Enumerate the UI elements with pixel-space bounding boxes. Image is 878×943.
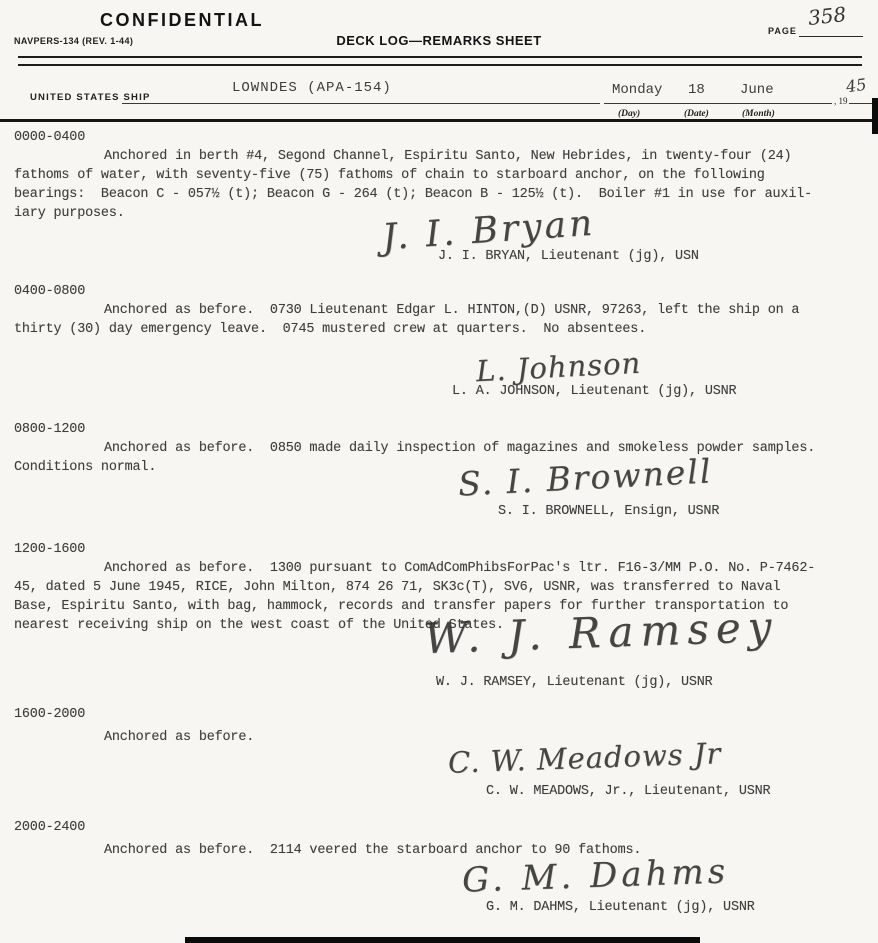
log-entry: 0800-1200 Anchored as before. 0850 made … bbox=[0, 420, 878, 477]
entry-time-heading: 1600-2000 bbox=[14, 705, 878, 724]
entry-text-line: Anchored as before. 1300 pursuant to Com… bbox=[14, 559, 878, 578]
entry-text: Anchored as before. bbox=[14, 728, 878, 747]
log-entry: 0400-0800 Anchored as before. 0730 Lieut… bbox=[0, 282, 878, 339]
signature-typed: J. I. BRYAN, Lieutenant (jg), USN bbox=[438, 247, 699, 266]
entry-text-line: Anchored as before. 0730 Lieutenant Edga… bbox=[14, 301, 878, 320]
entry-text-line: 45, dated 5 June 1945, RICE, John Milton… bbox=[14, 578, 878, 597]
log-entry: 1600-2000 Anchored as before. C. W. Mead… bbox=[0, 705, 878, 747]
log-entry: 0000-0400 Anchored in berth #4, Segond C… bbox=[0, 128, 878, 223]
signature-handwritten: G. M. Dahms bbox=[461, 851, 729, 900]
entry-text-line: Anchored in berth #4, Segond Channel, Es… bbox=[14, 147, 878, 166]
entry-time-heading: 2000-2400 bbox=[14, 818, 878, 837]
entry-time-heading: 0000-0400 bbox=[14, 128, 878, 147]
entry-text-line: Anchored as before. 2114 veered the star… bbox=[14, 841, 878, 860]
scan-artifact-bottom-bar bbox=[185, 937, 700, 943]
signature-typed: W. J. RAMSEY, Lieutenant (jg), USNR bbox=[436, 673, 713, 692]
signature-typed: S. I. BROWNELL, Ensign, USNR bbox=[498, 502, 719, 521]
entry-text: Anchored in berth #4, Segond Channel, Es… bbox=[14, 147, 878, 223]
log-entry: 2000-2400 Anchored as before. 2114 veere… bbox=[0, 818, 878, 860]
entry-text: Anchored as before. 0730 Lieutenant Edga… bbox=[14, 301, 878, 339]
entry-time-heading: 0400-0800 bbox=[14, 282, 878, 301]
entry-time-heading: 0800-1200 bbox=[14, 420, 878, 439]
entry-text-line: thirty (30) day emergency leave. 0745 mu… bbox=[14, 320, 878, 339]
entry-text: Anchored as before. 0850 made daily insp… bbox=[14, 439, 878, 477]
signature-typed: G. M. DAHMS, Lieutenant (jg), USNR bbox=[486, 898, 755, 917]
deck-log-remarks-sheet: CONFIDENTIAL PAGE 358 NAVPERS-134 (REV. … bbox=[0, 0, 878, 943]
entry-text-line: Conditions normal. bbox=[14, 458, 878, 477]
entry-text-line: fathoms of water, with seventy-five (75)… bbox=[14, 166, 878, 185]
entry-text: Anchored as before. 2114 veered the star… bbox=[14, 841, 878, 860]
signature-typed: C. W. MEADOWS, Jr., Lieutenant, USNR bbox=[486, 782, 770, 801]
entry-text-line: bearings: Beacon C - 057½ (t); Beacon G … bbox=[14, 185, 878, 204]
log-entries: 0000-0400 Anchored in berth #4, Segond C… bbox=[0, 0, 878, 943]
scan-artifact-right-bar bbox=[872, 98, 878, 134]
entry-time-heading: 1200-1600 bbox=[14, 540, 878, 559]
entry-text-line: Anchored as before. 0850 made daily insp… bbox=[14, 439, 878, 458]
signature-typed: L. A. JOHNSON, Lieutenant (jg), USNR bbox=[452, 382, 736, 401]
log-entry: 1200-1600 Anchored as before. 1300 pursu… bbox=[0, 540, 878, 635]
entry-text-line: Anchored as before. bbox=[14, 728, 878, 747]
